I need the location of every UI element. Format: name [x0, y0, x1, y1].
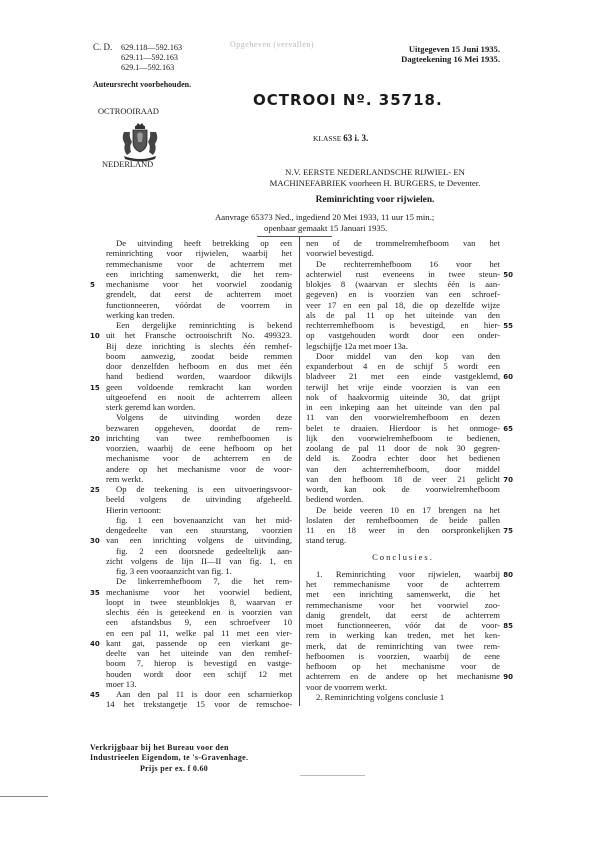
text-line: moet functionneeren, vóór dat de voor-85 — [306, 620, 500, 630]
text-line: achterwiel rust eveneens in twee steun-5… — [306, 269, 500, 279]
text-line: door denzelfden hefboom en dus met één — [106, 361, 292, 371]
text-line: gegeven) en is voorzien van een schroef- — [306, 289, 500, 299]
classification-codes: C. D.629.118—592.163 629.11—592.163 629.… — [93, 42, 182, 73]
text-line: geen voldoende remkracht kan worden15 — [106, 382, 292, 392]
text-line: andere op het mechanisme voor de voor- — [106, 464, 292, 474]
classification-code: 629.1—592.163 — [121, 63, 174, 72]
column-divider — [299, 236, 300, 706]
text-line: stand terug. — [306, 535, 500, 545]
line-number: 20 — [90, 434, 100, 444]
text-line: 2. Reminrichting volgens conclusie 1 — [306, 692, 500, 702]
text-line: mechanisme voor de achterrem en de — [106, 453, 292, 463]
text-line: Een dergelijke reminrichting is bekend — [106, 320, 292, 330]
text-line: houden wordt door een schijf 12 met — [106, 669, 292, 679]
line-number: 70 — [503, 475, 513, 485]
price: Prijs per ex. f 0.60 — [90, 764, 320, 774]
issued-date: Uitgegeven 15 Juni 1935. — [380, 44, 500, 54]
footer-line: Verkrijgbaar bij het Bureau voor den — [90, 743, 320, 753]
text-line: voorwiel bevestigd. — [306, 248, 500, 258]
dated-date: Dagteekening 16 Mei 1935. — [380, 54, 500, 64]
text-line: werking kan treden. — [106, 310, 292, 320]
text-line: sterk geremd kan worden. — [106, 402, 292, 412]
text-line: rechterremhefboom is bevestigd, en hier-… — [306, 320, 500, 330]
line-number: 75 — [503, 526, 513, 536]
text-line: een afstandsbus 9, een schroefveer 10 — [106, 617, 292, 627]
text-line: De uitvinding heeft betrekking op een — [106, 238, 292, 248]
divider — [257, 236, 332, 237]
text-line: een inrichting samenwerkt, die het rem- — [106, 269, 292, 279]
footer-line: Industrieelen Eigendom, te 's-Gravenhage… — [90, 753, 320, 763]
text-line: Door middel van den kop van den — [306, 351, 500, 361]
applicant-line: N.V. EERSTE NEDERLANDSCHE RIJWIEL- EN — [215, 167, 535, 178]
line-number: 30 — [90, 536, 100, 546]
text-line: voorzien, waarbij de eene hefboom op het — [106, 443, 292, 453]
text-line: op vastgehouden wordt door een onder- — [306, 330, 500, 340]
line-number: 55 — [503, 321, 513, 331]
text-line: merk, dat de reminrichting van twee rem- — [306, 641, 500, 651]
text-line: fig. 2 een doorsnede gedeeltelijk aan- — [106, 546, 292, 556]
text-line: bladveer 21 met een einde vastgeklemd,60 — [306, 371, 500, 381]
class-label: KLASSE — [313, 134, 341, 143]
line-number: 80 — [503, 570, 513, 580]
text-line: 11 en 18 weer in den oorspronkelijken75 — [306, 525, 500, 535]
text-line: boom aanwezig, zoodat beide remmen — [106, 351, 292, 361]
authority-name: OCTROOIRAAD — [98, 107, 159, 116]
text-line: grendelt, dat eerst de achterrem moet — [106, 289, 292, 299]
text-line: hand bediend worden, waardoor dikwijls — [106, 371, 292, 381]
patent-class: KLASSE 63 i. 3. — [313, 133, 368, 143]
section-heading: Conclusies. — [306, 552, 500, 562]
text-line: inrichting van twee remhefboomen is20 — [106, 433, 292, 443]
text-line: dengedeelte van een stuurstang, voorzien — [106, 525, 292, 535]
text-line: het remmechanisme voor de achterrem — [306, 579, 500, 589]
text-line: belet te draaien. Hierdoor is het onmoge… — [306, 423, 500, 433]
text-line: als de pal 11 op het uiteinde van den — [306, 310, 500, 320]
text-line: mechanisme voor het voorwiel zoodanig5 — [106, 279, 292, 289]
text-line: fig. 1 een bovenaanzicht van het mid- — [106, 515, 292, 525]
applicant-line: MACHINEFABRIEK voorheen H. BURGERS, te D… — [215, 178, 535, 189]
text-line: Op de teekening is een uitvoeringsvoor-2… — [106, 484, 292, 494]
text-line: danig grendelt, dat eerst de achterrem — [306, 610, 500, 620]
text-line: van den achterremhefboom, door middel — [306, 464, 500, 474]
country-name: NEDERLAND — [102, 160, 153, 169]
application-line: Aanvrage 65373 Ned., ingediend 20 Mei 19… — [215, 212, 555, 223]
footer-rule — [0, 796, 48, 797]
text-line: in een inkeping aan het uiteinde van den… — [306, 402, 500, 412]
text-line: slechts één is geteekend en is voorzien … — [106, 607, 292, 617]
coat-of-arms-icon — [118, 122, 162, 162]
line-number: 50 — [503, 270, 513, 280]
text-line: rem in werking kan treden, met het ken- — [306, 630, 500, 640]
text-line: legschijfje 12a met moer 13a. — [306, 341, 500, 351]
line-number: 90 — [503, 672, 513, 682]
text-line: bezwaren opgeheven, doordat de rem- — [106, 423, 292, 433]
line-number: 10 — [90, 331, 100, 341]
line-number: 65 — [503, 424, 513, 434]
text-line: 14 het trekstangetje 15 voor de remschoe… — [106, 699, 292, 709]
text-line: 1. Reminrichting voor rijwielen, waarbij… — [306, 569, 500, 579]
text-line: boom 7, hierop is bevestigd en vastge- — [106, 658, 292, 668]
text-line: van een inrichting volgens de uitvinding… — [106, 535, 292, 545]
patent-title: OCTROOI Nº. 35718. — [253, 91, 443, 109]
text-line: De rechterremhefboom 16 voor het — [306, 259, 500, 269]
text-line: voor de voorrem werkt. — [306, 682, 500, 692]
footer-rule — [300, 775, 365, 776]
text-line: deelte van het uiteinde van den remhef- — [106, 648, 292, 658]
line-number: 60 — [503, 372, 513, 382]
text-line: expanderbout 4 en de schijf 5 wordt een — [306, 361, 500, 371]
text-line: nok of haakvormig uiteinde 30, dat grijp… — [306, 392, 500, 402]
text-line: kant gat, passende op een vierkant ge-40 — [106, 638, 292, 648]
text-line: zicht volgens de lijn II—II van fig. 1, … — [106, 556, 292, 566]
text-line: zoolang de pal 11 door de nok 30 gegren- — [306, 443, 500, 453]
line-number: 15 — [90, 383, 100, 393]
text-line: deld is. Zoodra echter door het bedienen — [306, 453, 500, 463]
line-number: 40 — [90, 639, 100, 649]
text-line: moer 13. — [106, 679, 292, 689]
line-number: 85 — [503, 621, 513, 631]
dates-block: Uitgegeven 15 Juni 1935. Dagteekening 16… — [380, 44, 500, 64]
line-number: 25 — [90, 485, 100, 495]
line-number: 5 — [90, 280, 95, 290]
line-number: 35 — [90, 588, 100, 598]
text-line: remmechanisme voor het voorwiel zoo- — [306, 600, 500, 610]
text-line: hefboomen is voorzien, waarbij de eene — [306, 651, 500, 661]
line-number: 45 — [90, 690, 100, 700]
text-line: bediend worden. — [306, 494, 500, 504]
application-info: Aanvrage 65373 Ned., ingediend 20 Mei 19… — [215, 212, 555, 233]
text-line: blokjes 8 (waarvan er slechts één is aan… — [306, 279, 500, 289]
text-line: en een pal 11, welke pal 11 met een vier… — [106, 628, 292, 638]
text-line: veer 17 en een pal 18, die op dezelfde w… — [306, 300, 500, 310]
text-line: remmechanisme voor de achterrem met — [106, 259, 292, 269]
application-line: openbaar gemaakt 15 Januari 1935. — [215, 223, 555, 234]
text-line: terwijl het vrije einde voorzien is van … — [306, 382, 500, 392]
text-line: wordt, kan ook de voorwielremhefboom — [306, 484, 500, 494]
text-line: loslaten der remhefboomen de beide palle… — [306, 515, 500, 525]
faded-stamp: Opgeheven (vervallen) — [230, 40, 314, 49]
text-line: De linkerremhefboom 7, die het rem- — [106, 576, 292, 586]
text-line: functionneeren, vóórdat de voorrem in — [106, 300, 292, 310]
text-line: Hierin vertoont: — [106, 505, 292, 515]
patent-subject: Reminrichting voor rijwielen. — [215, 195, 535, 205]
applicant: N.V. EERSTE NEDERLANDSCHE RIJWIEL- EN MA… — [215, 167, 535, 188]
text-line: Volgens de uitvinding worden deze — [106, 412, 292, 422]
classification-code: 629.11—592.163 — [121, 53, 178, 62]
text-line: loopt in twee steunblokjes 8, waarvan er — [106, 597, 292, 607]
text-line: mechanisme voor het voorwiel bedient,35 — [106, 587, 292, 597]
copyright-notice: Auteursrecht voorbehouden. — [93, 80, 191, 89]
text-line: beeld volgens de uitvinding afgebeeld. — [106, 494, 292, 504]
text-line: uitgeoefend en nooit de achterrem alleen — [106, 392, 292, 402]
text-column-left: De uitvinding heeft betrekking op eenrem… — [106, 238, 292, 710]
classification-code: 629.118—592.163 — [121, 43, 182, 52]
text-line: achterrem en de andere op het mechanisme… — [306, 671, 500, 681]
text-line: reminrichting voor rijwielen, waarbij he… — [106, 248, 292, 258]
text-line: van den hefboom 18 de veer 21 gelicht70 — [306, 474, 500, 484]
text-line: Aan den pal 11 is door een scharnierkop4… — [106, 689, 292, 699]
text-line: met een inrichting samenwerkt, die het — [306, 589, 500, 599]
text-line: rem werkt. — [106, 474, 292, 484]
text-line: De beide veeren 10 en 17 brengen na het — [306, 505, 500, 515]
text-line: nen of de trommelremhefboom van het — [306, 238, 500, 248]
text-line: lijk den voorwielremhefboom te bedienen, — [306, 433, 500, 443]
text-line: 11 van den voorwielremhefboom en dezen — [306, 412, 500, 422]
text-line: Bij deze inrichting is slechts één remhe… — [106, 341, 292, 351]
classification-label: C. D. — [93, 42, 121, 52]
text-line: uit het Fransche octrooischrift No. 4993… — [106, 330, 292, 340]
class-value: 63 i. 3. — [343, 133, 368, 143]
text-column-right: nen of de trommelremhefboom van hetvoorw… — [306, 238, 500, 702]
text-line: hefboom op het mechanisme voor de — [306, 661, 500, 671]
footer-notice: Verkrijgbaar bij het Bureau voor den Ind… — [90, 743, 320, 774]
text-line: fig. 3 een vooraanzicht van fig. 1. — [106, 566, 292, 576]
